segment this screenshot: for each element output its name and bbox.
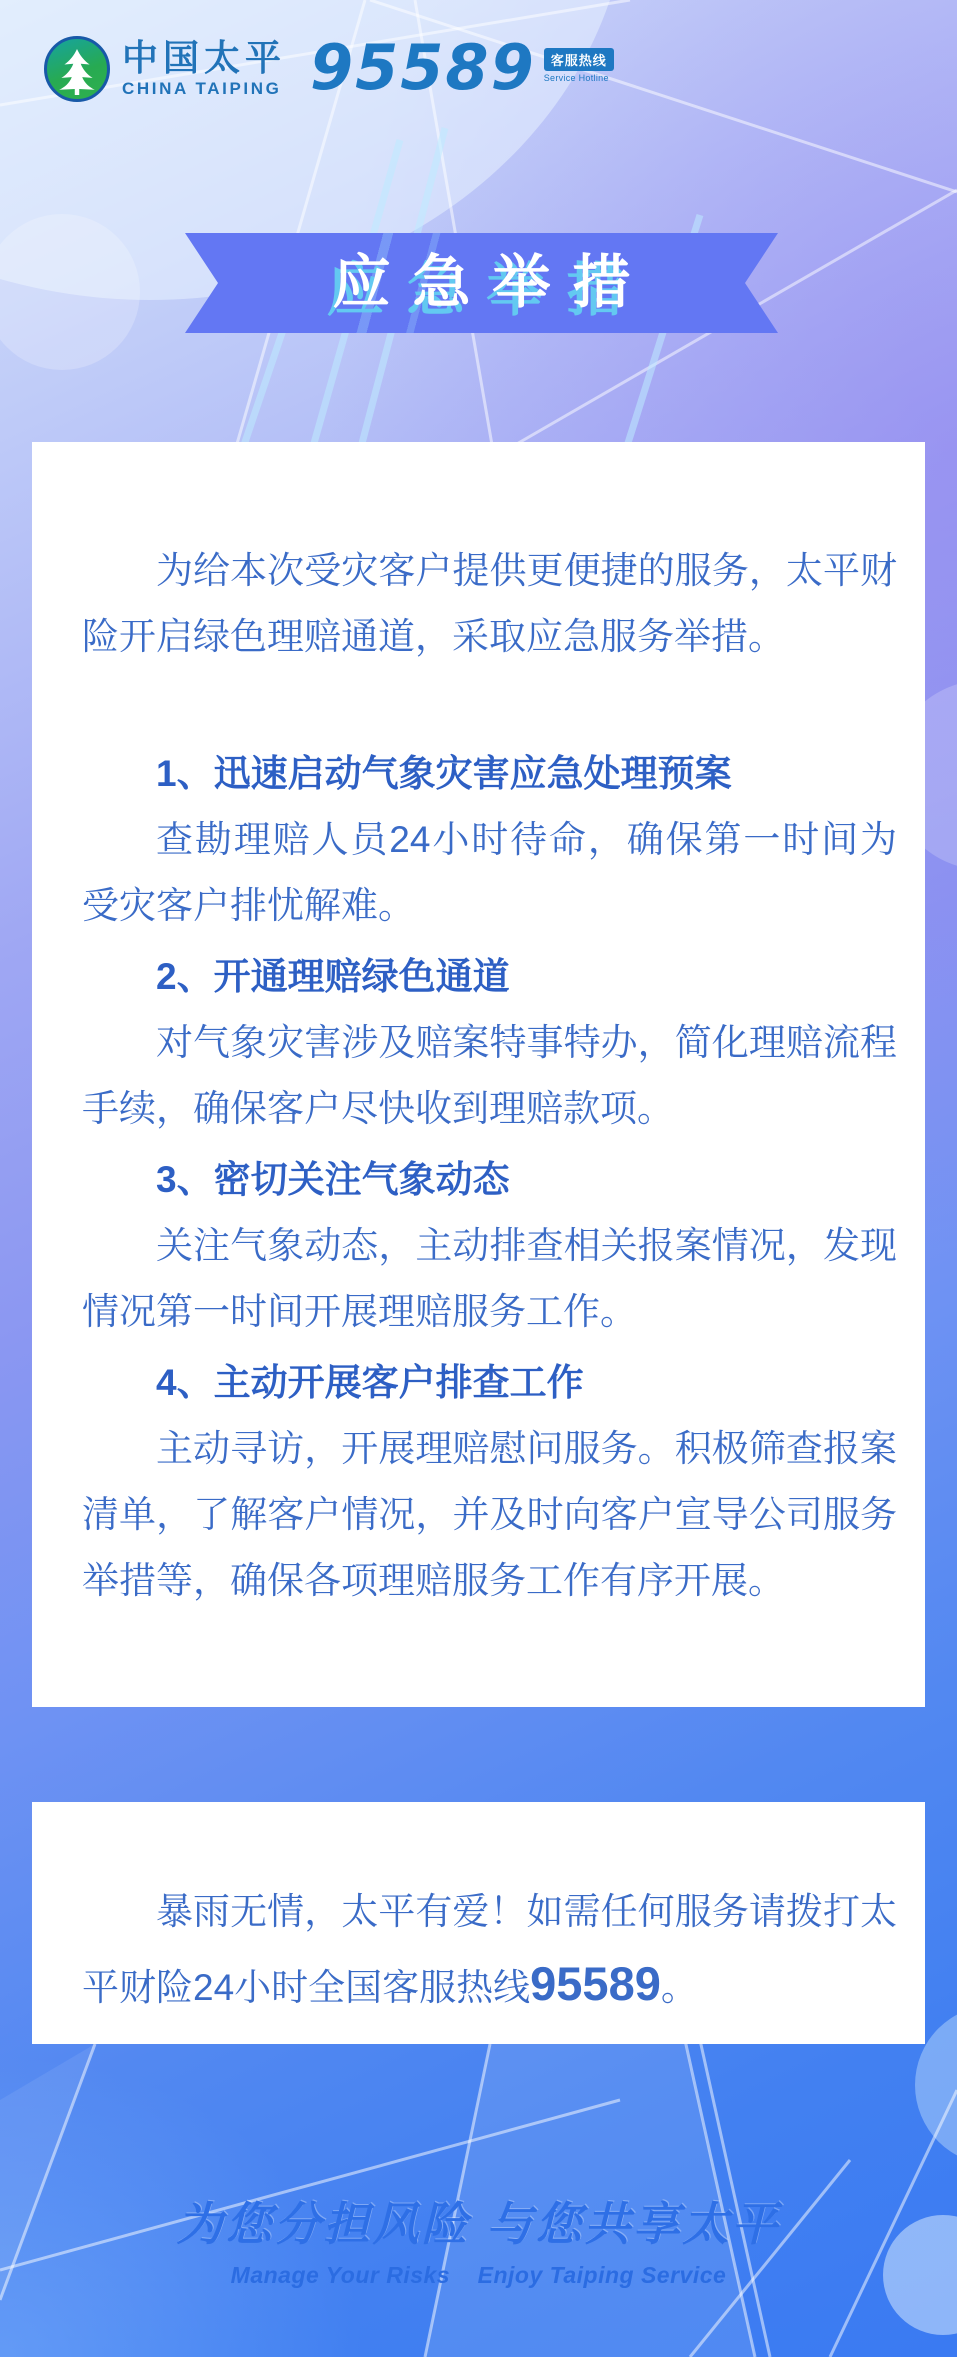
section-3-heading: 3、密切关注气象动态 [82,1147,897,1213]
section-3-body: 关注气象动态，主动排查相关报案情况，发现情况第一时间开展理赔服务工作。 [82,1213,897,1345]
page-title: 应急举措 [310,233,652,333]
section-2-heading: 2、开通理赔绿色通道 [82,944,897,1010]
intro-paragraph: 为给本次受灾客户提供更便捷的服务，太平财险开启绿色理赔通道，采取应急服务举措。 [82,538,897,670]
brand-block: 中国太平 CHINA TAIPING [122,38,286,100]
section-4-body: 主动寻访，开展理赔慰问服务。积极筛查报案清单，了解客户情况，并及时向客户宣导公司… [82,1416,897,1614]
header: 中国太平 CHINA TAIPING 95589 客服热线 Service Ho… [44,36,614,104]
poster-root: 中国太平 CHINA TAIPING 95589 客服热线 Service Ho… [0,0,957,2357]
section-4-heading: 4、主动开展客户排查工作 [82,1350,897,1416]
hotline-number: 95589 [310,32,536,104]
title-ribbon: 应急举措 [185,233,778,333]
hotline-badge: 客服热线 [544,48,614,71]
brand-name-cn: 中国太平 [122,38,286,78]
brand-name-en: CHINA TAIPING [122,78,286,100]
pine-tree-icon [51,43,103,95]
hotline-text-after: 。 [661,1967,698,2008]
slogan-en: Manage Your Risks Enjoy Taiping Service [0,2262,957,2289]
section-1-body: 查勘理赔人员24小时待命，确保第一时间为受灾客户排忧解难。 [82,807,897,939]
hotline-paragraph: 暴雨无情，太平有爱！如需任何服务请拨打太平财险24小时全国客服热线95589。 [82,1876,897,2024]
hotline-number-inline: 95589 [530,1957,661,2010]
section-2-body: 对气象灾害涉及赔案特事特办，简化理赔流程手续，确保客户尽快收到理赔款项。 [82,1010,897,1142]
hotline-badge-block: 客服热线 Service Hotline [544,48,614,83]
hotline-lockup: 95589 客服热线 Service Hotline [310,32,614,104]
taiping-logo [44,36,110,102]
hotline-badge-en: Service Hotline [544,73,614,83]
spacer [82,670,897,736]
measures-card: 为给本次受灾客户提供更便捷的服务，太平财险开启绿色理赔通道，采取应急服务举措。 … [32,442,925,1707]
hotline-text-before: 暴雨无情，太平有爱！如需任何服务请拨打太平财险24小时全国客服热线 [82,1891,897,2008]
hotline-card: 暴雨无情，太平有爱！如需任何服务请拨打太平财险24小时全国客服热线95589。 [32,1802,925,2044]
section-1-heading: 1、迅速启动气象灾害应急处理预案 [82,741,897,807]
footer: 为您分担风险 与您共享太平 Manage Your Risks Enjoy Ta… [0,2188,957,2289]
slogan-cn: 为您分担风险 与您共享太平 [0,2188,957,2254]
